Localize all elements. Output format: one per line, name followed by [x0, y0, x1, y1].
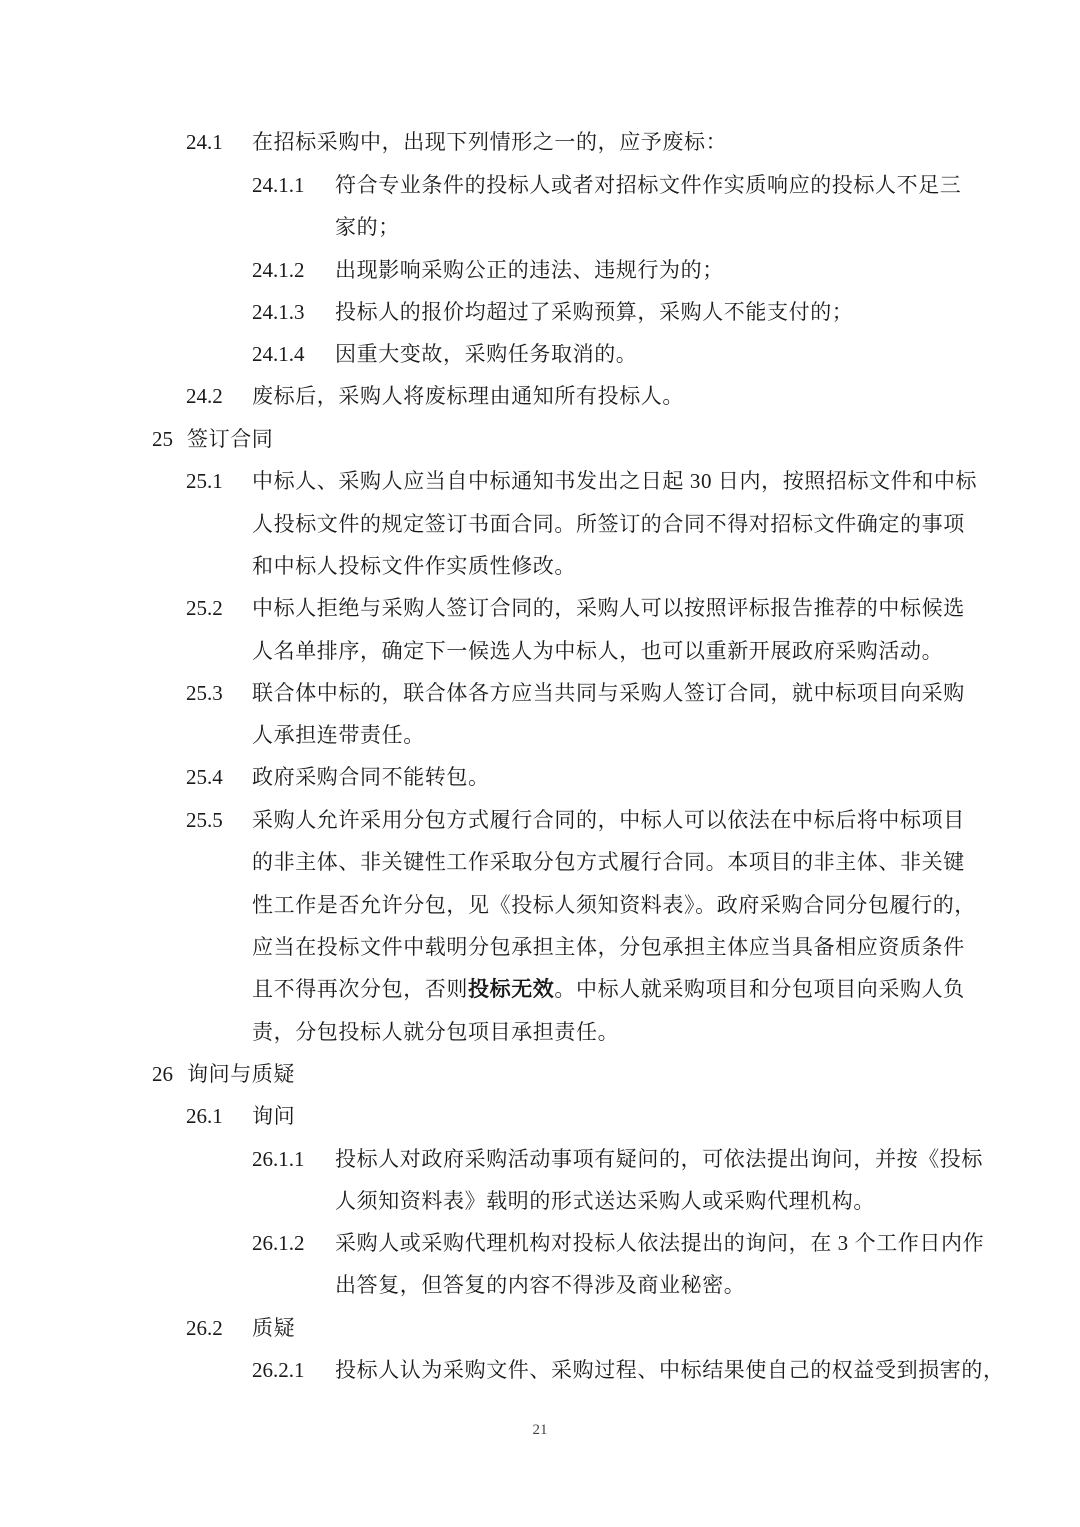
- clause-number: 26.2: [186, 1313, 223, 1343]
- emphasis-bid-invalid: 投标无效: [468, 977, 554, 1001]
- section-heading: 询问与质疑: [187, 1059, 295, 1089]
- clause-text: 人承担连带责任。: [252, 720, 425, 750]
- clause-text-with-emphasis: 且不得再次分包，否则投标无效。中标人就采购项目和分包项目向采购人负: [252, 974, 965, 1004]
- clause-number: 26.2.1: [252, 1355, 305, 1385]
- clause-text: 中标人、采购人应当自中标通知书发出之日起 30 日内，按照招标文件和中标: [252, 466, 977, 496]
- clause-number: 25.4: [186, 762, 223, 792]
- clause-text: 且不得再次分包，否则: [252, 977, 468, 1001]
- clause-text: 在招标采购中，出现下列情形之一的，应予废标：: [252, 127, 727, 157]
- clause-text: 。中标人就采购项目和分包项目向采购人负: [554, 977, 964, 1001]
- clause-text: 出现影响采购公正的违法、违规行为的；: [335, 255, 724, 285]
- clause-text: 废标后，采购人将废标理由通知所有投标人。: [252, 381, 684, 411]
- clause-text: 应当在投标文件中载明分包承担主体，分包承担主体应当具备相应资质条件: [252, 932, 965, 962]
- clause-number: 25.5: [186, 805, 223, 835]
- clause-text: 性工作是否允许分包，见《投标人须知资料表》。政府采购合同分包履行的，: [252, 890, 976, 920]
- clause-number: 24.2: [186, 381, 223, 411]
- section-heading: 签订合同: [187, 424, 273, 454]
- document-page: 24.1 在招标采购中，出现下列情形之一的，应予废标： 24.1.1 符合专业条…: [0, 0, 1080, 1527]
- clause-number: 25.2: [186, 593, 223, 623]
- clause-number: 24.1.4: [252, 339, 305, 369]
- clause-text: 人投标文件的规定签订书面合同。所签订的合同不得对招标文件确定的事项: [252, 509, 965, 539]
- clause-text: 投标人对政府采购活动事项有疑问的，可依法提出询问，并按《投标: [335, 1144, 983, 1174]
- clause-number: 25.1: [186, 466, 223, 496]
- clause-text: 投标人认为采购文件、采购过程、中标结果使自己的权益受到损害的，: [335, 1355, 1005, 1385]
- clause-text: 投标人的报价均超过了采购预算，采购人不能支付的；: [335, 297, 853, 327]
- clause-text: 的非主体、非关键性工作采取分包方式履行合同。本项目的非主体、非关键: [252, 847, 965, 877]
- clause-text: 质疑: [252, 1313, 295, 1343]
- clause-text: 联合体中标的，联合体各方应当共同与采购人签订合同，就中标项目向采购: [252, 678, 965, 708]
- clause-number: 24.1.2: [252, 255, 305, 285]
- clause-text: 人名单排序，确定下一候选人为中标人，也可以重新开展政府采购活动。: [252, 636, 943, 666]
- section-number: 25: [152, 424, 173, 454]
- clause-text: 采购人或采购代理机构对投标人依法提出的询问，在 3 个工作日内作: [335, 1228, 984, 1258]
- clause-text: 采购人允许采用分包方式履行合同的，中标人可以依法在中标后将中标项目: [252, 805, 965, 835]
- clause-text: 符合专业条件的投标人或者对招标文件作实质响应的投标人不足三: [335, 170, 961, 200]
- clause-text: 和中标人投标文件作实质性修改。: [252, 551, 576, 581]
- clause-number: 26.1.1: [252, 1144, 305, 1174]
- clause-text: 政府采购合同不能转包。: [252, 762, 490, 792]
- clause-number: 26.1: [186, 1101, 223, 1131]
- clause-number: 25.3: [186, 678, 223, 708]
- clause-number: 24.1: [186, 127, 223, 157]
- page-number: 21: [0, 1422, 1080, 1439]
- clause-number: 24.1.1: [252, 170, 305, 200]
- clause-text: 人须知资料表》载明的形式送达采购人或采购代理机构。: [335, 1186, 875, 1216]
- clause-text: 询问: [252, 1101, 295, 1131]
- clause-number: 26.1.2: [252, 1228, 305, 1258]
- clause-text: 家的；: [335, 212, 400, 242]
- clause-text: 出答复，但答复的内容不得涉及商业秘密。: [335, 1270, 745, 1300]
- clause-text: 中标人拒绝与采购人签订合同的，采购人可以按照评标报告推荐的中标候选: [252, 593, 965, 623]
- clause-number: 24.1.3: [252, 297, 305, 327]
- section-number: 26: [152, 1059, 173, 1089]
- clause-text: 因重大变故，采购任务取消的。: [335, 339, 637, 369]
- clause-text: 责，分包投标人就分包项目承担责任。: [252, 1017, 619, 1047]
